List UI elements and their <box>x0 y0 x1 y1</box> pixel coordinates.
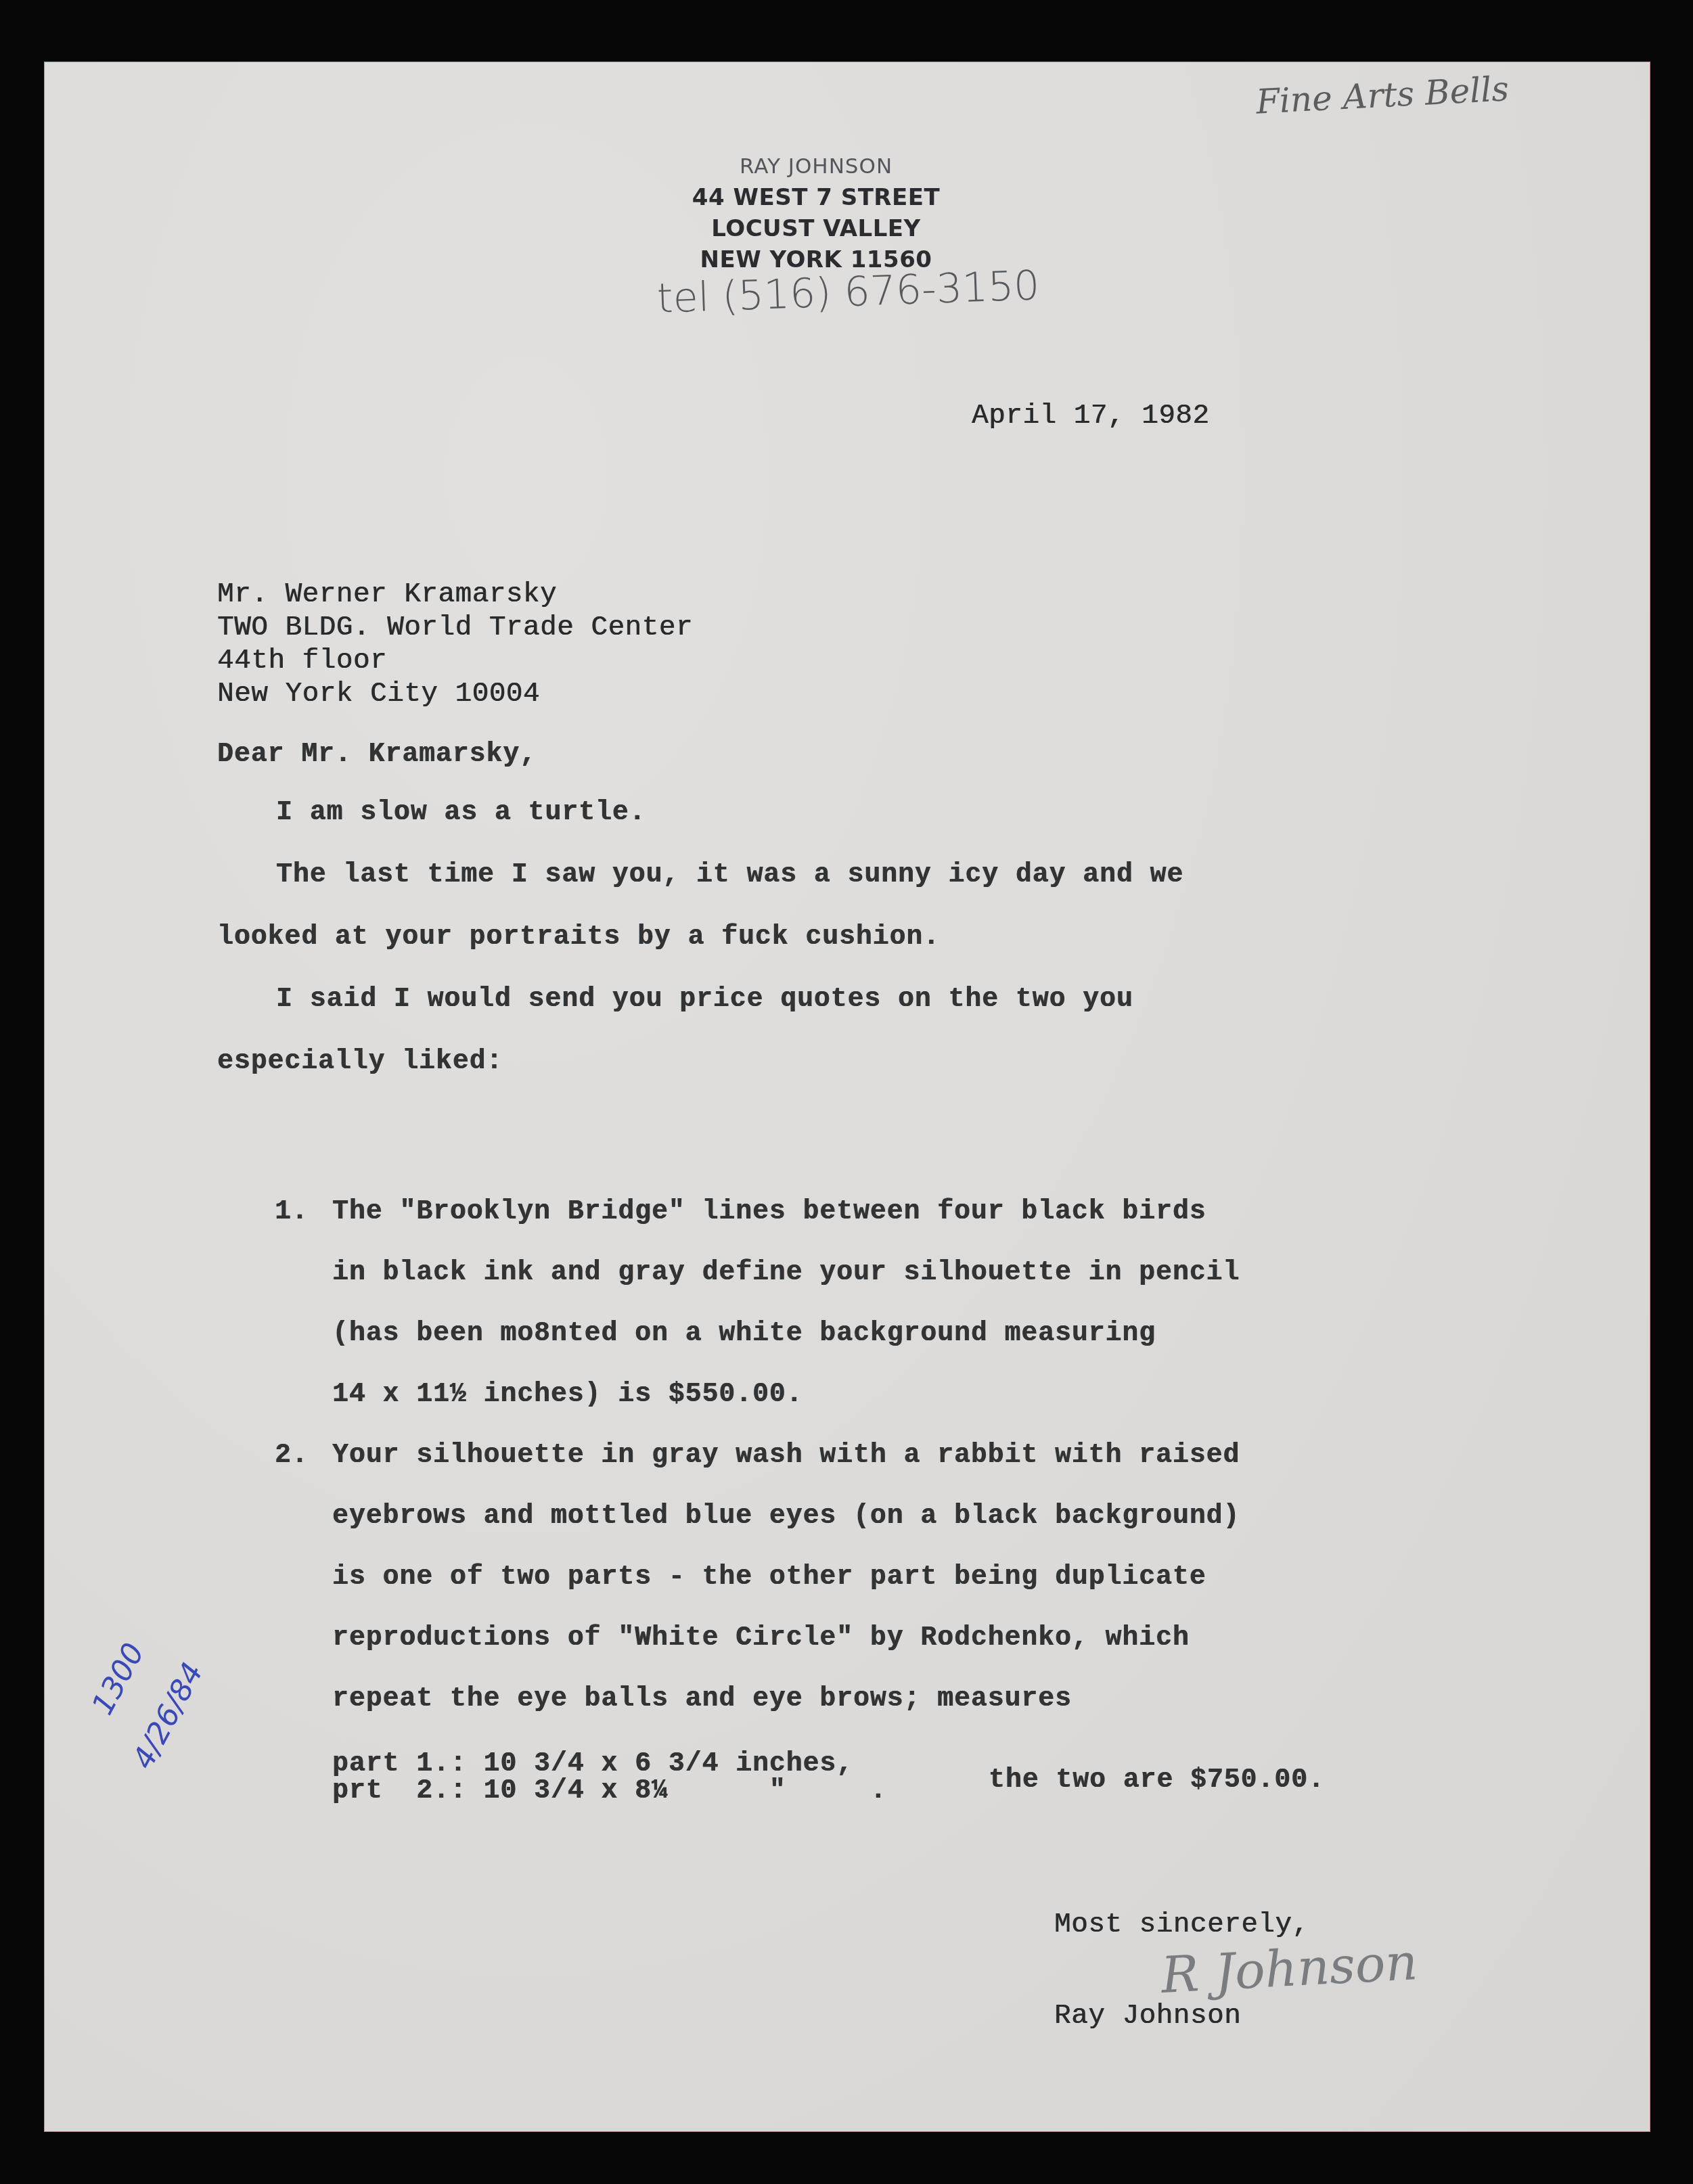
complimentary-close: Most sincerely, <box>1054 1909 1309 1940</box>
handwritten-note-fine-arts-bells: Fine Arts Bells <box>1255 69 1510 121</box>
paragraph-2-line-1: The last time I saw you, it was a sunny … <box>276 859 1183 890</box>
letter-page: Fine Arts Bells RAY JOHNSON 44 WEST 7 ST… <box>44 62 1650 2132</box>
salutation: Dear Mr. Kramarsky, <box>217 739 537 770</box>
item-line: (has been mo8nted on a white background … <box>332 1318 1156 1349</box>
paragraph-3-line-1: I said I would send you price quotes on … <box>276 984 1133 1015</box>
letterhead-stamp: RAY JOHNSON 44 WEST 7 STREET LOCUST VALL… <box>640 151 992 275</box>
recipient-line-2: TWO BLDG. World Trade Center <box>217 612 693 643</box>
item-number: 2. <box>275 1440 309 1471</box>
item-line: repeat the eye balls and eye brows; meas… <box>332 1683 1072 1714</box>
measure-line-2: prt 2.: 10 3/4 x 8¼ " . <box>332 1775 887 1806</box>
item-number: 1. <box>275 1196 309 1227</box>
paragraph-2-line-2: looked at your portraits by a fuck cushi… <box>217 922 940 953</box>
item-line: The "Brooklyn Bridge" lines between four… <box>332 1196 1206 1227</box>
recipient-line-3: 44th floor <box>217 645 387 677</box>
letterhead-street: 44 WEST 7 STREET <box>640 182 992 213</box>
item-line: 14 x 11½ inches) is $550.00. <box>332 1379 803 1410</box>
item-line: eyebrows and mottled blue eyes (on a bla… <box>332 1501 1240 1532</box>
margin-note-amount: 1300 <box>85 1637 152 1721</box>
item-line: in black ink and gray define your silhou… <box>332 1257 1240 1288</box>
paragraph-1: I am slow as a turtle. <box>276 797 646 828</box>
paragraph-3-line-2: especially liked: <box>217 1046 503 1077</box>
letter-date: April 17, 1982 <box>972 401 1209 432</box>
signature: R Johnson <box>1160 1933 1419 2005</box>
item-line: Your silhouette in gray wash with a rabb… <box>332 1440 1240 1471</box>
typed-signature-name: Ray Johnson <box>1054 2001 1241 2032</box>
item-line: is one of two parts - the other part bei… <box>332 1562 1206 1593</box>
letterhead-name: RAY JOHNSON <box>640 151 992 182</box>
recipient-line-1: Mr. Werner Kramarsky <box>217 579 557 610</box>
item-price: the two are $750.00. <box>989 1765 1325 1796</box>
recipient-line-4: New York City 10004 <box>217 679 540 710</box>
item-line: reproductions of "White Circle" by Rodch… <box>332 1622 1190 1654</box>
letterhead-town: LOCUST VALLEY <box>640 213 992 244</box>
